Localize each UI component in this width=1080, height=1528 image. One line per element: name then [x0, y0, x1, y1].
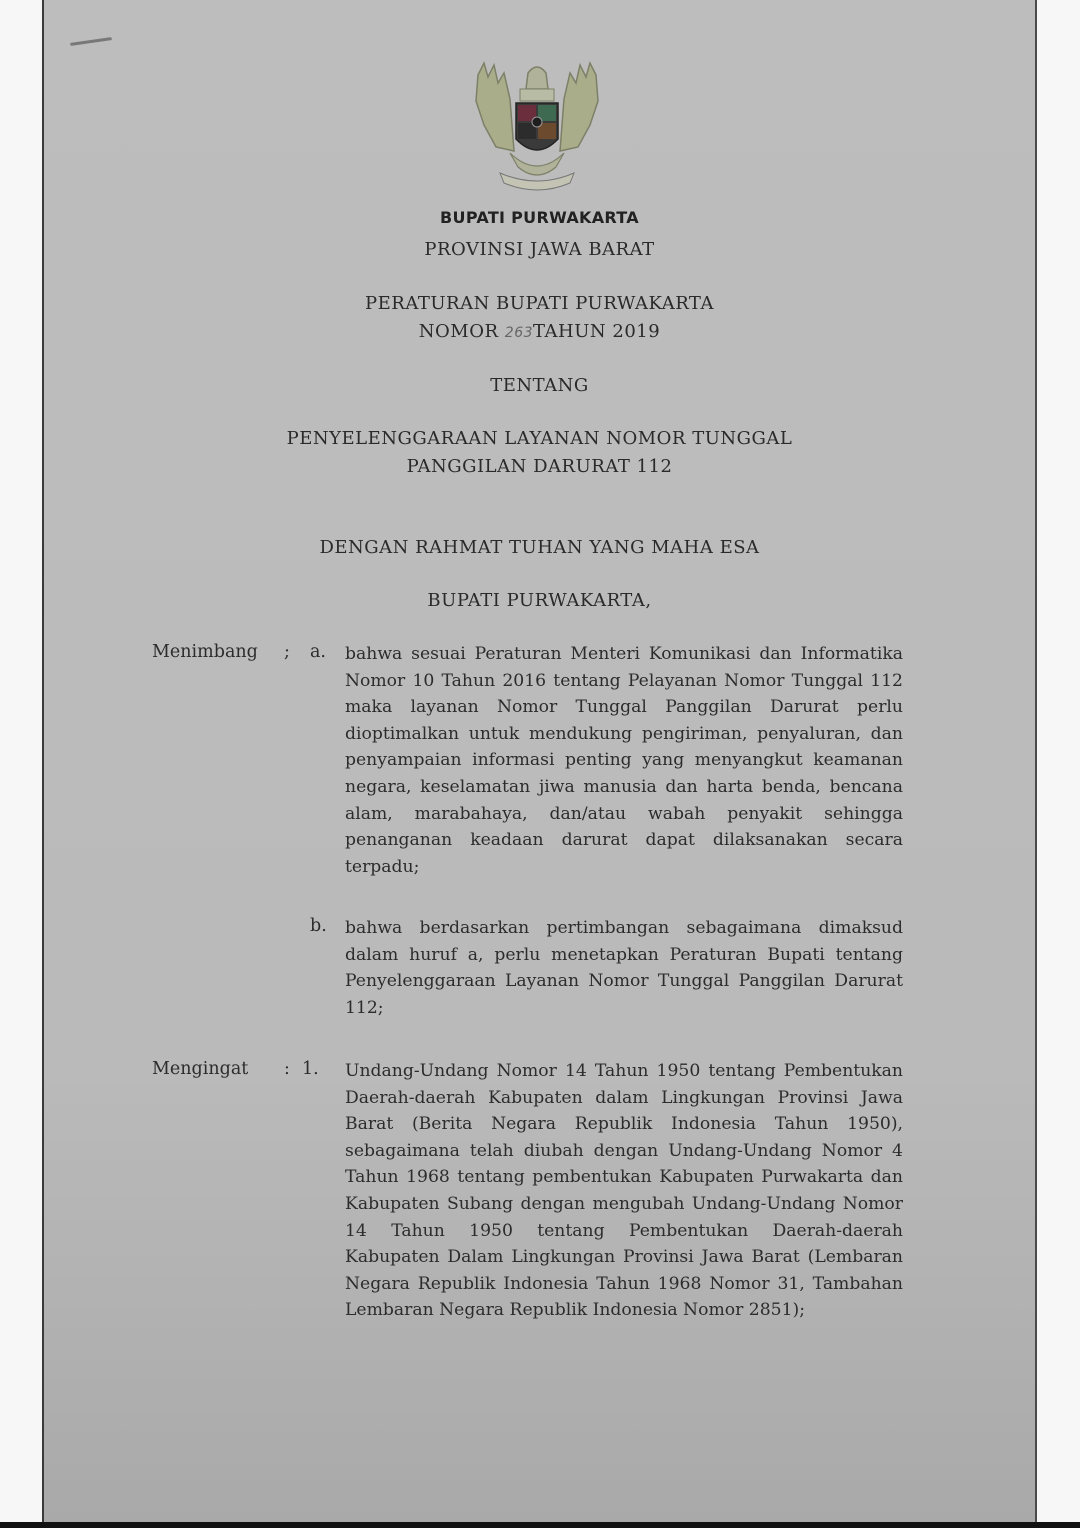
- garuda-emblem-icon: [470, 55, 604, 195]
- regulation-title: PERATURAN BUPATI PURWAKARTA: [42, 293, 1037, 314]
- bottom-border: [0, 1522, 1080, 1528]
- invocation: DENGAN RAHMAT TUHAN YANG MAHA ESA: [42, 537, 1037, 558]
- province-heading: PROVINSI JAWA BARAT: [42, 239, 1037, 260]
- regulation-number: NOMOR 263TAHUN 2019: [42, 321, 1037, 342]
- regulation-year: TAHUN 2019: [533, 321, 660, 342]
- mengingat-item-1-text: Undang-Undang Nomor 14 Tahun 1950 tentan…: [345, 1058, 903, 1324]
- menimbang-item-a-text: bahwa sesuai Peraturan Menteri Komunikas…: [345, 641, 903, 880]
- office-heading: BUPATI PURWAKARTA: [42, 208, 1037, 227]
- menimbang-item-b-marker: b.: [310, 916, 327, 936]
- number-prefix: NOMOR: [419, 321, 499, 342]
- mengingat-item-1-marker: 1.: [302, 1059, 319, 1079]
- handwritten-number: 263: [505, 325, 533, 341]
- subject-line-1: PENYELENGGARAAN LAYANAN NOMOR TUNGGAL: [42, 428, 1037, 449]
- about-heading: TENTANG: [42, 375, 1037, 396]
- mengingat-label: Mengingat: [152, 1059, 248, 1079]
- issuer: BUPATI PURWAKARTA,: [42, 590, 1037, 611]
- subject-line-2: PANGGILAN DARURAT 112: [42, 456, 1037, 477]
- menimbang-item-b-text: bahwa berdasarkan pertimbangan sebagaima…: [345, 915, 903, 1021]
- menimbang-label: Menimbang: [152, 642, 258, 662]
- menimbang-colon: ;: [284, 642, 290, 662]
- menimbang-item-a-marker: a.: [310, 642, 326, 662]
- mengingat-colon: :: [284, 1059, 290, 1079]
